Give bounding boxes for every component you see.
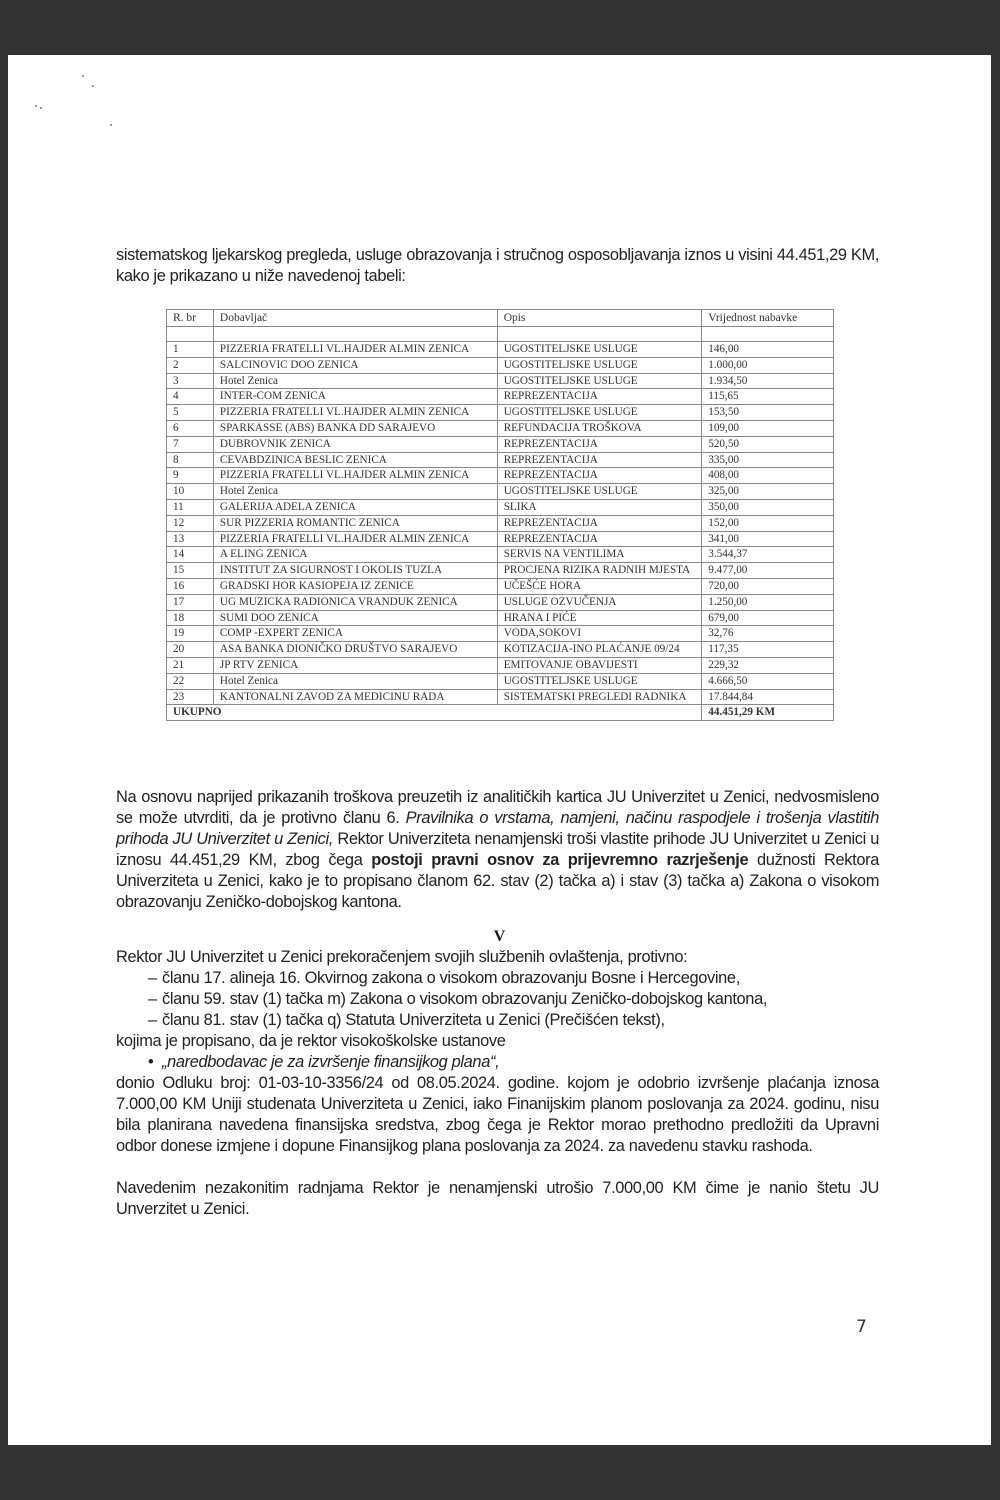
value-cell: 679,00 (702, 610, 834, 626)
table-row: 14A ELING ZENICASERVIS NA VENTILIMA3.544… (167, 547, 834, 563)
scan-speck (35, 105, 38, 108)
dash-item-text: članu 81. stav (1) tačka q) Statuta Univ… (162, 1011, 665, 1029)
table-row: 21JP RTV ZENICAEMITOVANJE OBAVIJESTI229,… (167, 657, 834, 673)
table-row: 16GRADSKI HOR KASIOPEJA IZ ZENICEUČEŠĆE … (167, 578, 834, 594)
table-row: 4INTER-COM ZENICAREPREZENTACIJA115,65 (167, 389, 834, 405)
table-row: 11GALERIJA ADELA ZENICASLIKA350,00 (167, 499, 834, 515)
dash-item: –članu 59. stav (1) tačka m) Zakona o vi… (116, 989, 879, 1010)
supplier-cell: INTER-COM ZENICA (213, 389, 497, 405)
description-cell: USLUGE OZVUČENJA (497, 594, 702, 610)
header-description: Opis (497, 310, 702, 327)
table-row: 7DUBROVNIK ZENICAREPREZENTACIJA520,50 (167, 436, 834, 452)
row-number: 6 (167, 420, 214, 436)
section-v-body: Rektor JU Univerzitet u Zenici prekorače… (116, 947, 879, 1073)
description-cell: PROCJENA RIZIKA RADNIH MJESTA (497, 563, 702, 579)
description-cell: VODA,SOKOVI (497, 626, 702, 642)
bullet-item-text: „naredbodavac je za izvršenje finansijko… (162, 1053, 499, 1071)
value-cell: 115,65 (702, 389, 834, 405)
supplier-cell: PIZZERIA FRATELLI VL.HAJDER ALMIN ZENICA (213, 468, 497, 484)
value-cell: 4.666,50 (702, 673, 834, 689)
value-cell: 146,00 (702, 342, 834, 358)
value-cell: 720,00 (702, 578, 834, 594)
description-cell: UČEŠĆE HORA (497, 578, 702, 594)
value-cell: 1.250,00 (702, 594, 834, 610)
intro-paragraph: sistematskog ljekarskog pregleda, usluge… (116, 245, 879, 287)
dash-item-text: članu 17. alineja 16. Okvirnog zakona o … (162, 969, 740, 987)
description-cell: UGOSTITELJSKE USLUGE (497, 342, 702, 358)
value-cell: 117,35 (702, 642, 834, 658)
dash-item-text: članu 59. stav (1) tačka m) Zakona o vis… (162, 990, 767, 1008)
supplier-cell: DUBROVNIK ZENICA (213, 436, 497, 452)
scan-speck (40, 107, 43, 110)
supplier-cell: INSTITUT ZA SIGURNOST I OKOLIS TUZLA (213, 563, 497, 579)
supplier-cell: KANTONALNI ZAVOD ZA MEDICINU RADA (213, 689, 497, 705)
supplier-cell: GALERIJA ADELA ZENICA (213, 499, 497, 515)
row-number: 14 (167, 547, 214, 563)
value-cell: 335,00 (702, 452, 834, 468)
description-cell: KOTIZACIJA-INO PLAĆANJE 09/24 (497, 642, 702, 658)
table-row: 18SUMI DOO ZENICAHRANA I PIĆE679,00 (167, 610, 834, 626)
header-value: Vrijednost nabavke (702, 310, 834, 327)
section-heading: V (8, 928, 991, 946)
row-number: 4 (167, 389, 214, 405)
table-row: 12SUR PIZZERIA ROMANTIC ZENICAREPREZENTA… (167, 515, 834, 531)
row-number: 17 (167, 594, 214, 610)
decision-paragraph: donio Odluku broj: 01-03-10-3356/24 od 0… (116, 1073, 879, 1157)
description-cell: REPREZENTACIJA (497, 468, 702, 484)
table-row: 23KANTONALNI ZAVOD ZA MEDICINU RADASISTE… (167, 689, 834, 705)
row-number: 18 (167, 610, 214, 626)
row-number: 19 (167, 626, 214, 642)
description-cell: UGOSTITELJSKE USLUGE (497, 405, 702, 421)
description-cell: HRANA I PIĆE (497, 610, 702, 626)
total-value: 44.451,29 KM (702, 705, 834, 721)
supplier-cell: CEVABDZINICA BESLIC ZENICA (213, 452, 497, 468)
supplier-cell: COMP -EXPERT ZENICA (213, 626, 497, 642)
header-supplier: Dobavljač (213, 310, 497, 327)
supplier-cell: SALCINOVIC DOO ZENICA (213, 357, 497, 373)
supplier-cell: ASA BANKA DIONIČKO DRUŠTVO SARAJEVO (213, 642, 497, 658)
supplier-cell: GRADSKI HOR KASIOPEJA IZ ZENICE (213, 578, 497, 594)
table-row: 6SPARKASSE (ABS) BANKA DD SARAJEVOREFUND… (167, 420, 834, 436)
supplier-cell: JP RTV ZENICA (213, 657, 497, 673)
value-cell: 408,00 (702, 468, 834, 484)
description-cell: REPREZENTACIJA (497, 531, 702, 547)
dash-mark: – (148, 968, 157, 989)
supplier-cell: Hotel Zenica (213, 484, 497, 500)
value-cell: 1.000,00 (702, 357, 834, 373)
supplier-cell: A ELING ZENICA (213, 547, 497, 563)
supplier-cell: Hotel Zenica (213, 373, 497, 389)
row-number: 12 (167, 515, 214, 531)
section-intro: Rektor JU Univerzitet u Zenici prekorače… (116, 947, 879, 968)
table-row: 15INSTITUT ZA SIGURNOST I OKOLIS TUZLAPR… (167, 563, 834, 579)
description-cell: UGOSTITELJSKE USLUGE (497, 357, 702, 373)
table-row: 9PIZZERIA FRATELLI VL.HAJDER ALMIN ZENIC… (167, 468, 834, 484)
description-cell: UGOSTITELJSKE USLUGE (497, 673, 702, 689)
table-row: 10Hotel ZenicaUGOSTITELJSKE USLUGE325,00 (167, 484, 834, 500)
description-cell: SLIKA (497, 499, 702, 515)
supplier-cell: PIZZERIA FRATELLI VL.HAJDER ALMIN ZENICA (213, 342, 497, 358)
row-number: 22 (167, 673, 214, 689)
row-number: 1 (167, 342, 214, 358)
row-number: 8 (167, 452, 214, 468)
description-cell: REFUNDACIJA TROŠKOVA (497, 420, 702, 436)
value-cell: 341,00 (702, 531, 834, 547)
table-row: 13PIZZERIA FRATELLI VL.HAJDER ALMIN ZENI… (167, 531, 834, 547)
row-number: 2 (167, 357, 214, 373)
table-row: 22Hotel ZenicaUGOSTITELJSKE USLUGE4.666,… (167, 673, 834, 689)
supplier-cell: PIZZERIA FRATELLI VL.HAJDER ALMIN ZENICA (213, 531, 497, 547)
row-number: 11 (167, 499, 214, 515)
dash-item: –članu 17. alineja 16. Okvirnog zakona o… (116, 968, 879, 989)
description-cell: REPREZENTACIJA (497, 515, 702, 531)
dash-mark: – (148, 1010, 157, 1031)
table-empty-row (167, 327, 834, 342)
row-number: 9 (167, 468, 214, 484)
value-cell: 152,00 (702, 515, 834, 531)
description-cell: REPREZENTACIJA (497, 389, 702, 405)
supplier-cell: UG MUZICKA RADIONICA VRANDUK ZENICA (213, 594, 497, 610)
row-number: 20 (167, 642, 214, 658)
value-cell: 17.844,84 (702, 689, 834, 705)
procurement-table: R. br Dobavljač Opis Vrijednost nabavke … (166, 309, 834, 721)
table-row: 20ASA BANKA DIONIČKO DRUŠTVO SARAJEVOKOT… (167, 642, 834, 658)
description-cell: UGOSTITELJSKE USLUGE (497, 484, 702, 500)
value-cell: 153,50 (702, 405, 834, 421)
table-header-row: R. br Dobavljač Opis Vrijednost nabavke (167, 310, 834, 327)
document-page: sistematskog ljekarskog pregleda, usluge… (8, 55, 991, 1445)
supplier-cell: PIZZERIA FRATELLI VL.HAJDER ALMIN ZENICA (213, 405, 497, 421)
value-cell: 350,00 (702, 499, 834, 515)
value-cell: 325,00 (702, 484, 834, 500)
table-row: 1PIZZERIA FRATELLI VL.HAJDER ALMIN ZENIC… (167, 342, 834, 358)
row-number: 13 (167, 531, 214, 547)
row-number: 15 (167, 563, 214, 579)
supplier-cell: Hotel Zenica (213, 673, 497, 689)
description-cell: REPREZENTACIJA (497, 436, 702, 452)
table-row: 17UG MUZICKA RADIONICA VRANDUK ZENICAUSL… (167, 594, 834, 610)
row-number: 5 (167, 405, 214, 421)
scan-speck (82, 75, 85, 78)
value-cell: 32,76 (702, 626, 834, 642)
analysis-paragraph: Na osnovu naprijed prikazanih troškova p… (116, 787, 879, 913)
header-no: R. br (167, 310, 214, 327)
scan-speck (92, 85, 95, 88)
dash-mark: – (148, 989, 157, 1010)
table-row: 8CEVABDZINICA BESLIC ZENICAREPREZENTACIJ… (167, 452, 834, 468)
value-cell: 520,50 (702, 436, 834, 452)
supplier-cell: SPARKASSE (ABS) BANKA DD SARAJEVO (213, 420, 497, 436)
description-cell: UGOSTITELJSKE USLUGE (497, 373, 702, 389)
value-cell: 229,32 (702, 657, 834, 673)
value-cell: 3.544,37 (702, 547, 834, 563)
row-number: 16 (167, 578, 214, 594)
scan-speck (110, 124, 113, 127)
bullet-icon: • (148, 1052, 153, 1073)
supplier-cell: SUMI DOO ZENICA (213, 610, 497, 626)
page-number: 7 (856, 1317, 867, 1337)
row-number: 7 (167, 436, 214, 452)
legal-basis-bold: postoji pravni osnov za prijevremno razr… (371, 851, 748, 869)
description-cell: SERVIS NA VENTILIMA (497, 547, 702, 563)
description-cell: REPREZENTACIJA (497, 452, 702, 468)
row-number: 10 (167, 484, 214, 500)
supplier-cell: SUR PIZZERIA ROMANTIC ZENICA (213, 515, 497, 531)
table-row: 2SALCINOVIC DOO ZENICAUGOSTITELJSKE USLU… (167, 357, 834, 373)
propisano-line: kojima je propisano, da je rektor visoko… (116, 1031, 879, 1052)
value-cell: 109,00 (702, 420, 834, 436)
description-cell: SISTEMATSKI PREGLEDI RADNIKA (497, 689, 702, 705)
row-number: 3 (167, 373, 214, 389)
value-cell: 1.934,50 (702, 373, 834, 389)
value-cell: 9.477,00 (702, 563, 834, 579)
conclusion-paragraph: Navedenim nezakonitim radnjama Rektor je… (116, 1178, 879, 1220)
table-row: 3Hotel ZenicaUGOSTITELJSKE USLUGE1.934,5… (167, 373, 834, 389)
table-row: 19COMP -EXPERT ZENICAVODA,SOKOVI32,76 (167, 626, 834, 642)
row-number: 23 (167, 689, 214, 705)
bullet-item: •„naredbodavac je za izvršenje finansijk… (116, 1052, 879, 1073)
row-number: 21 (167, 657, 214, 673)
table-total-row: UKUPNO 44.451,29 KM (167, 705, 834, 721)
dash-item: –članu 81. stav (1) tačka q) Statuta Uni… (116, 1010, 879, 1031)
table-row: 5PIZZERIA FRATELLI VL.HAJDER ALMIN ZENIC… (167, 405, 834, 421)
description-cell: EMITOVANJE OBAVIJESTI (497, 657, 702, 673)
total-label: UKUPNO (167, 705, 702, 721)
